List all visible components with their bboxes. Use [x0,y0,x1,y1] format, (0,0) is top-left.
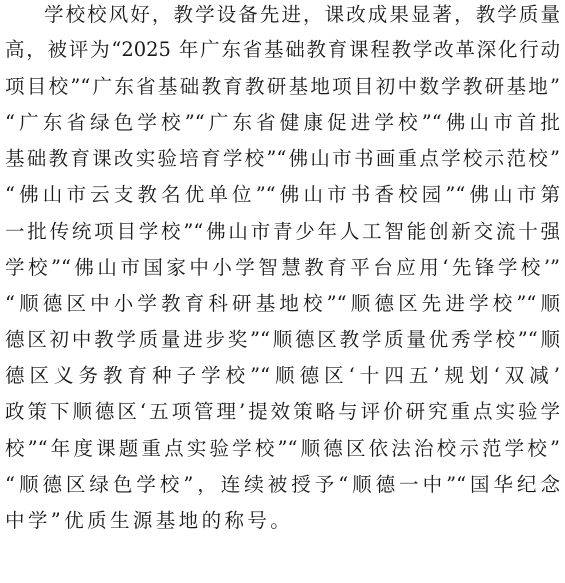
paragraph-line-6: “佛山市云支教名优单位”“佛山市书香校园”“佛山市第 [5,180,560,210]
paragraph-line-14: “顺德区绿色学校”，连续被授予“顺德一中”“国华纪念 [5,470,560,500]
paragraph-line-13: 校”“年度课题重点实验学校”“顺德区依法治校示范学校” [5,434,560,464]
paragraph-line-7: 一批传统项目学校”“佛山市青少年人工智能创新交流十强 [5,217,560,247]
paragraph-line-11: 德区义务教育种子学校”“顺德区‘十四五’规划‘双减’ [5,361,560,391]
paragraph-line-15: 中学”优质生源基地的称号。 [5,506,560,536]
paragraph-line-5: 基础教育课改实验培育学校”“佛山市书画重点学校示范校” [5,144,560,174]
document-page: 学校校风好，教学设备先进，课改成果显著，教学质量 高，被评为“2025 年广东省… [0,0,565,583]
paragraph-line-3: 项目校”“广东省基础教育教研基地项目初中数学教研基地” [5,72,560,102]
paragraph-line-4: “广东省绿色学校”“广东省健康促进学校”“佛山市首批 [5,108,560,138]
paragraph-line-8: 学校”“佛山市国家中小学智慧教育平台应用‘先锋学校’” [5,253,560,283]
paragraph-line-10: 德区初中教学质量进步奖”“顺德区教学质量优秀学校”“顺 [5,325,560,355]
paragraph-line-12: 政策下顺德区‘五项管理’提效策略与评价研究重点实验学 [5,397,560,427]
paragraph-line-2: 高，被评为“2025 年广东省基础教育课程教学改革深化行动 [5,35,560,65]
paragraph-line-9: “顺德区中小学教育科研基地校”“顺德区先进学校”“顺 [5,289,560,319]
paragraph-line-1: 学校校风好，教学设备先进，课改成果显著，教学质量 [44,0,560,30]
